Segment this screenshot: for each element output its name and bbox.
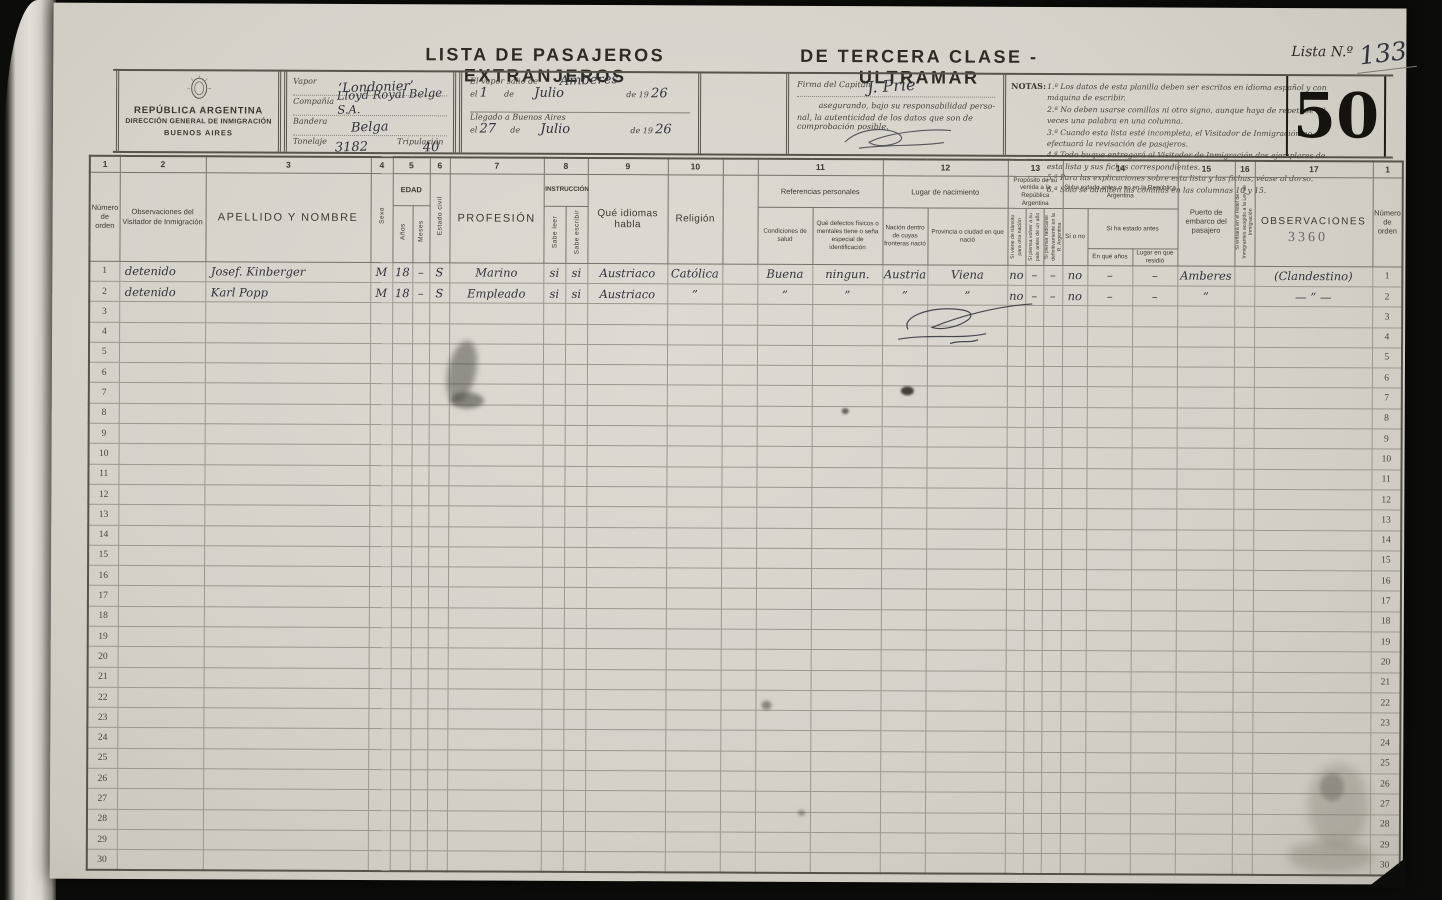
cell-prof xyxy=(449,425,543,446)
cell-obs xyxy=(118,667,204,688)
cell-obs xyxy=(117,687,203,708)
cell-hotel xyxy=(1233,611,1253,631)
cell-hotel xyxy=(1232,692,1252,712)
cell-been_years xyxy=(1085,712,1130,732)
cell-been_place xyxy=(1130,732,1175,752)
cell-prof xyxy=(449,303,543,324)
cell-been_place xyxy=(1131,631,1176,651)
cell-read xyxy=(541,770,563,790)
cell-lang: Austriaco xyxy=(587,283,667,304)
llegado-day: 27 xyxy=(479,122,496,137)
cell-months xyxy=(411,648,428,668)
cell-port xyxy=(1176,590,1233,611)
cell-p1 xyxy=(1007,366,1025,386)
cell-months xyxy=(410,689,427,709)
cell-obs xyxy=(119,444,205,465)
cell-port xyxy=(1175,712,1232,733)
cell-port xyxy=(1176,550,1233,571)
cell-write xyxy=(563,710,585,730)
cell-months xyxy=(410,810,427,830)
cell-been_place xyxy=(1130,793,1175,813)
cell-name xyxy=(203,850,368,871)
cell-p1 xyxy=(1006,671,1024,691)
cell-sex xyxy=(370,303,392,323)
cell-been_years xyxy=(1085,813,1130,833)
cell-prof xyxy=(447,709,541,730)
cell-p1 xyxy=(1007,427,1025,447)
cell-rel xyxy=(666,629,721,650)
cell-nation xyxy=(880,853,925,873)
cell-hotel xyxy=(1232,794,1252,814)
cell-remarks: — ” — xyxy=(1254,286,1372,307)
cell-defects: ” xyxy=(812,284,882,305)
header-purpose-group: Propósito de su venida a la República Ar… xyxy=(1008,176,1063,209)
cell-name xyxy=(205,383,370,404)
cell-civil xyxy=(428,526,448,546)
cell-rel xyxy=(665,852,720,873)
col-num: 2 xyxy=(120,156,206,172)
cell-sex xyxy=(368,749,390,769)
llegado-month: Julio xyxy=(540,122,570,137)
cell-civil xyxy=(428,587,448,607)
col-num: 13 xyxy=(1008,160,1063,176)
cell-been_place xyxy=(1132,326,1177,346)
el-label2: el xyxy=(470,125,477,134)
cell-health xyxy=(755,710,810,731)
cell-city xyxy=(926,569,1006,590)
cell-defects xyxy=(811,467,881,488)
cell-read xyxy=(542,669,564,689)
cell-civil xyxy=(429,303,449,323)
cell-name xyxy=(203,809,368,830)
national-seal-icon xyxy=(186,75,212,101)
arrival-field: Llegado a Buenos Aires el 27 de Julio de… xyxy=(470,112,690,148)
cell-name xyxy=(203,688,368,709)
cell-p1 xyxy=(1007,387,1025,407)
cell-hotel xyxy=(1233,631,1253,651)
llegado-label: Llegado a Buenos Aires xyxy=(470,112,566,121)
cell-rel xyxy=(667,304,722,325)
cell-civil xyxy=(427,790,447,810)
cell-sex xyxy=(370,323,392,343)
cell-sex xyxy=(370,404,392,424)
cell-read xyxy=(542,547,564,567)
cell-prof xyxy=(447,831,541,852)
cell-p1 xyxy=(1006,651,1024,671)
cell-rel xyxy=(666,669,721,690)
cell-defects xyxy=(811,629,881,650)
order-number-cell: 4 xyxy=(1372,327,1402,347)
gap-cell xyxy=(720,710,755,730)
cell-write xyxy=(563,791,585,811)
cell-lang xyxy=(585,710,665,731)
captain-statement-1: asegurando, bajo su responsabilidad pers… xyxy=(797,101,995,111)
cell-rel xyxy=(665,730,720,751)
gap-cell xyxy=(722,365,757,385)
cell-write xyxy=(564,547,586,567)
cell-civil xyxy=(429,425,449,445)
cell-been_place xyxy=(1132,448,1177,468)
cell-health xyxy=(757,406,812,427)
cell-health xyxy=(756,507,811,528)
cell-port xyxy=(1176,509,1233,530)
cell-been_years xyxy=(1087,428,1132,448)
cell-health xyxy=(757,386,812,407)
cell-write xyxy=(563,689,585,709)
cell-nation xyxy=(880,691,925,711)
cell-sex xyxy=(369,485,391,505)
cell-nation xyxy=(882,427,927,447)
cell-name xyxy=(203,749,368,770)
gap-cell xyxy=(721,588,756,608)
cell-p2 xyxy=(1024,610,1042,630)
cell-city xyxy=(927,366,1007,387)
cell-years xyxy=(392,404,412,424)
salio-day: 1 xyxy=(480,86,488,101)
gap-cell xyxy=(722,446,757,466)
cell-years xyxy=(392,425,412,445)
order-number-cell: 3 xyxy=(1372,307,1402,327)
cell-months xyxy=(412,303,429,323)
cell-years xyxy=(392,303,412,323)
cell-health xyxy=(757,365,812,386)
order-number-cell: 2 xyxy=(89,281,119,301)
cell-sex xyxy=(369,628,391,648)
lista-number-value: 133 xyxy=(1354,35,1417,74)
ship-info-box: Vapor ‘Londonier’ Compañía Lloyd Royal B… xyxy=(284,72,456,153)
order-number-cell: 6 xyxy=(89,362,119,382)
cell-been xyxy=(1061,509,1086,529)
cell-lang xyxy=(586,628,666,649)
cell-civil xyxy=(428,648,448,668)
cell-p3 xyxy=(1041,854,1060,874)
cell-been_years xyxy=(1085,834,1130,854)
cell-been_place xyxy=(1131,671,1176,691)
cell-read xyxy=(542,649,564,669)
cell-remarks xyxy=(1253,530,1371,551)
order-number-cell: 29 xyxy=(1370,835,1400,855)
cell-port xyxy=(1177,408,1234,429)
cell-months xyxy=(412,425,429,445)
cell-write xyxy=(563,730,585,750)
cell-nation xyxy=(880,772,925,792)
gap-cell xyxy=(721,548,756,568)
cell-obs: detenido xyxy=(119,261,205,282)
passenger-table: 1 2 3 4 5 6 7 8 9 10 11 12 13 14 15 16 1… xyxy=(86,155,1404,877)
cell-nation xyxy=(881,569,926,589)
cell-hotel xyxy=(1232,834,1252,854)
stain xyxy=(1288,840,1373,872)
cell-months xyxy=(411,526,428,546)
cell-write xyxy=(565,324,587,344)
cell-defects xyxy=(811,487,881,508)
cell-p2 xyxy=(1023,691,1041,711)
cell-city xyxy=(925,711,1005,732)
order-number-cell: 5 xyxy=(89,342,119,362)
cell-rel xyxy=(667,426,722,447)
col-num: 17 xyxy=(1255,161,1373,178)
col-num: 1 xyxy=(90,156,120,172)
cell-write xyxy=(565,385,587,405)
cell-civil xyxy=(427,851,447,871)
cell-port xyxy=(1175,834,1232,855)
header-birth-nation: Nación dentro de cuyas fronteras nació xyxy=(882,208,927,265)
cell-nation xyxy=(881,630,926,650)
order-number-cell: 26 xyxy=(1370,774,1400,794)
cell-city xyxy=(925,853,1005,874)
cell-city xyxy=(925,752,1005,773)
cell-been_years xyxy=(1086,509,1131,529)
cell-read xyxy=(542,567,564,587)
cell-remarks xyxy=(1253,550,1371,571)
col-num: 10 xyxy=(668,158,723,174)
cell-rel xyxy=(665,791,720,812)
cell-lang xyxy=(585,852,665,873)
cell-civil xyxy=(428,547,448,567)
salio-port: Amberes xyxy=(560,72,619,113)
captain-flourish-signature xyxy=(839,124,959,153)
cell-obs xyxy=(119,403,205,424)
cell-nation xyxy=(881,609,926,629)
header-purpose-transit: Si viene de tránsito para otra nación xyxy=(1007,208,1025,265)
cell-been_years xyxy=(1085,773,1130,793)
cell-port xyxy=(1177,367,1234,388)
order-number-cell: 23 xyxy=(1370,713,1400,733)
cell-health xyxy=(756,670,811,691)
cell-read xyxy=(541,689,563,709)
cell-p3 xyxy=(1042,570,1061,590)
cell-nation xyxy=(880,731,925,751)
cell-rel xyxy=(666,466,721,487)
cell-been_place xyxy=(1130,814,1175,834)
cell-p1 xyxy=(1005,813,1023,833)
cell-been xyxy=(1061,631,1086,651)
cell-rel xyxy=(666,507,721,528)
cell-rel xyxy=(665,832,720,853)
cell-remarks xyxy=(1254,347,1372,368)
cell-lang xyxy=(585,831,665,852)
cell-obs xyxy=(119,302,205,323)
cell-p3 xyxy=(1043,367,1062,387)
gap-cell xyxy=(722,325,757,345)
cell-civil xyxy=(429,344,449,364)
cell-city xyxy=(925,772,1005,793)
cell-sex xyxy=(368,729,390,749)
cell-obs xyxy=(117,728,203,749)
cell-write: si xyxy=(565,283,587,303)
cell-p3 xyxy=(1043,326,1062,346)
cell-been xyxy=(1062,428,1087,448)
cell-read xyxy=(543,304,565,324)
order-number-cell: 19 xyxy=(1371,632,1401,652)
cell-name xyxy=(205,302,370,323)
cell-city xyxy=(926,528,1006,549)
order-number-cell: 21 xyxy=(1371,672,1401,692)
cell-port xyxy=(1175,692,1232,713)
cell-been_years xyxy=(1086,671,1131,691)
cell-months xyxy=(412,445,429,465)
cell-health xyxy=(756,609,811,630)
cell-port xyxy=(1176,570,1233,591)
cell-been xyxy=(1061,549,1086,569)
cell-been_place xyxy=(1130,692,1175,712)
order-number-cell: 9 xyxy=(1372,429,1402,449)
cell-obs xyxy=(117,708,203,729)
cell-prof xyxy=(447,790,541,811)
cell-been_years xyxy=(1087,387,1132,407)
cell-prof xyxy=(448,628,542,649)
cell-defects xyxy=(812,426,882,447)
header-literacy-group: INSTRUCCIÓN xyxy=(544,174,588,207)
cell-name xyxy=(205,404,370,425)
cell-months xyxy=(412,364,429,384)
order-number-cell: 7 xyxy=(1372,388,1402,408)
de19-label: de 19 xyxy=(626,90,649,99)
cell-been_years xyxy=(1085,692,1130,712)
cell-been xyxy=(1062,448,1087,468)
cell-write xyxy=(564,466,586,486)
cell-remarks xyxy=(1252,733,1370,754)
gap-cell xyxy=(722,304,757,324)
flag-field: Bandera Belga xyxy=(293,117,447,137)
cell-years xyxy=(392,343,412,363)
voyage-box: El vapor salió de Amberes el 1 de Julio … xyxy=(459,72,701,153)
cell-p3 xyxy=(1041,773,1060,793)
cell-p3 xyxy=(1042,590,1061,610)
org-department: DIRECCIÓN GENERAL DE INMIGRACIÓN xyxy=(119,118,278,126)
cell-sex xyxy=(369,648,391,668)
cell-sex xyxy=(369,587,391,607)
header-surname-name: APELLIDO Y NOMBRE xyxy=(205,172,370,262)
cell-write xyxy=(565,344,587,364)
cell-defects xyxy=(812,447,882,468)
cell-rel xyxy=(666,568,721,589)
cell-prof xyxy=(447,770,541,791)
cell-health xyxy=(755,771,810,792)
cell-obs xyxy=(118,586,204,607)
cell-p2 xyxy=(1023,752,1041,772)
vapor-label: Vapor xyxy=(293,77,317,86)
cell-prof xyxy=(448,506,542,527)
cell-health xyxy=(757,304,812,325)
order-number-cell: 10 xyxy=(89,444,119,464)
cell-defects xyxy=(811,569,881,590)
cell-p3 xyxy=(1041,793,1060,813)
cell-hotel xyxy=(1233,489,1253,509)
cell-been_years xyxy=(1087,326,1132,346)
cell-name xyxy=(205,322,370,343)
cell-p1 xyxy=(1006,549,1024,569)
cell-remarks xyxy=(1253,631,1371,652)
order-number-cell: 5 xyxy=(1372,348,1402,368)
cell-been xyxy=(1060,834,1085,854)
header-age-months: Meses xyxy=(412,206,429,263)
cell-years xyxy=(390,729,410,749)
cell-months xyxy=(411,547,428,567)
cell-p2 xyxy=(1025,387,1043,407)
cell-prof xyxy=(447,851,541,872)
cell-been_place xyxy=(1130,834,1175,854)
cell-p1 xyxy=(1005,854,1023,874)
cell-health xyxy=(756,650,811,671)
ink-spot xyxy=(761,701,771,710)
gap-cell xyxy=(720,812,755,832)
cell-p1 xyxy=(1005,752,1023,772)
cell-been_place xyxy=(1132,306,1177,326)
cell-nation xyxy=(881,549,926,569)
cell-name xyxy=(204,586,369,607)
col-num: 7 xyxy=(450,157,544,173)
cell-city xyxy=(926,508,1006,529)
order-number-cell: 7 xyxy=(89,383,119,403)
cell-write xyxy=(563,852,585,872)
cell-write xyxy=(564,507,586,527)
cell-p3: – xyxy=(1043,265,1062,285)
cell-civil xyxy=(428,628,448,648)
order-number-cell: 8 xyxy=(89,403,119,423)
cell-city xyxy=(927,447,1007,468)
de-label: de xyxy=(504,90,514,99)
cell-write xyxy=(564,486,586,506)
cell-civil xyxy=(429,405,449,425)
cell-p2 xyxy=(1025,367,1043,387)
cell-years xyxy=(390,770,410,790)
cell-prof xyxy=(448,567,542,588)
cell-been_years xyxy=(1086,468,1131,488)
cell-been_years xyxy=(1087,306,1132,326)
cell-lang xyxy=(586,568,666,589)
header-gap-column xyxy=(722,175,757,264)
cell-city xyxy=(925,691,1005,712)
cell-been xyxy=(1061,570,1086,590)
cell-p2 xyxy=(1023,772,1041,792)
cell-remarks xyxy=(1253,591,1371,612)
gap-cell xyxy=(722,426,757,446)
gap-cell xyxy=(721,609,756,629)
cell-obs xyxy=(119,383,205,404)
header-health: Condiciones de salud xyxy=(757,207,812,264)
sheet-number-box: 50 xyxy=(1286,76,1386,156)
cell-months xyxy=(410,729,427,749)
cell-been_years xyxy=(1085,793,1130,813)
cell-remarks xyxy=(1252,713,1370,734)
cell-hotel xyxy=(1233,510,1253,530)
cell-civil xyxy=(428,506,448,526)
cell-write xyxy=(565,365,587,385)
cell-read xyxy=(542,506,564,526)
cell-p1 xyxy=(1005,793,1023,813)
order-number-cell: 13 xyxy=(1371,510,1401,530)
cell-name xyxy=(205,363,370,384)
cell-been_years xyxy=(1086,529,1131,549)
order-number-cell: 23 xyxy=(87,707,117,727)
cell-prof: Marino xyxy=(449,263,543,284)
cell-months xyxy=(410,749,427,769)
header-purpose-settle: Si piensa radicarse definitivamente en l… xyxy=(1043,208,1062,265)
order-number-cell: 16 xyxy=(88,565,118,585)
cell-read xyxy=(541,831,563,851)
cell-rel xyxy=(665,690,720,711)
gap-cell xyxy=(720,852,755,872)
cell-p2 xyxy=(1024,569,1042,589)
header-can-write: Sabe escribir xyxy=(565,206,587,263)
cell-p1 xyxy=(1006,630,1024,650)
cell-prof: Empleado xyxy=(449,283,543,304)
cell-civil xyxy=(427,770,447,790)
header-observations: OBSERVACIONES xyxy=(1254,177,1372,267)
cell-been_place xyxy=(1131,570,1176,590)
cell-obs xyxy=(117,850,203,871)
